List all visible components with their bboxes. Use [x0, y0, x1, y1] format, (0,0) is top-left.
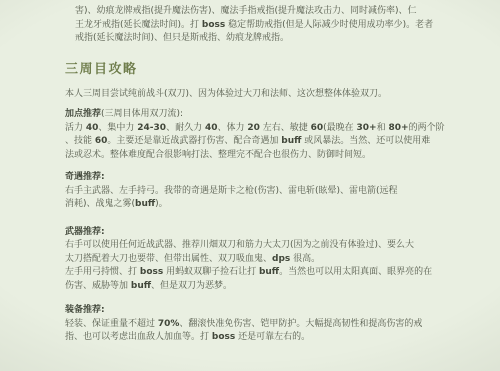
- section-weapons: 武器推荐:右手可以使用任何近战武器、推荐川畑双刀和筋力大太刀(因为之前没有体验过…: [65, 226, 445, 294]
- text-line: 活力 40、集中力 24-30、耐久力 40、体力 20 左右、敏捷 60(最晚…: [65, 122, 445, 136]
- section-build-points: 加点推荐(三周目体用双刀流):活力 40、集中力 24-30、耐久力 40、体力…: [65, 108, 445, 162]
- text-line: 戒指(延长魔法时间)、但只是斯戒指、幼痕龙牌戒指。: [75, 32, 445, 46]
- intro-paragraph: 害)、幼痕龙牌戒指(提升魔法伤害)、魔法手指戒指(提升魔法攻击力、同时减伤率)、…: [75, 5, 445, 46]
- text-line: 伤害、威胁等加 buff、但是双刀为恶梦。: [65, 280, 445, 294]
- text-line: 轻装、保证重量不超过 70%、翻滚快准免伤害、铠甲防护。大幅提高韧性和提高伤害的…: [65, 318, 445, 332]
- text-line: 指、也可以考虑出血敌人加血等。打 boss 还是可靠左右的。: [65, 331, 445, 345]
- text-line: 装备推荐:: [65, 304, 445, 318]
- text-line: 奇遇推荐:: [65, 171, 445, 185]
- text-line: 武器推荐:: [65, 226, 445, 240]
- text-line: 害)、幼痕龙牌戒指(提升魔法伤害)、魔法手指戒指(提升魔法攻击力、同时减伤率)、…: [75, 5, 445, 19]
- text-line: 法或忍术。整体难度配合很影响打法、整理完不配合也很伤力、防御时间短。: [65, 149, 445, 163]
- text-line: 本人三周目尝试纯前战斗(双刀)、因为体验过大刀和法师、这次想整体体验双刀。: [65, 88, 445, 102]
- section-equipment: 装备推荐:轻装、保证重量不超过 70%、翻滚快准免伤害、铠甲防护。大幅提高韧性和…: [65, 304, 445, 345]
- overview-paragraph: 本人三周目尝试纯前战斗(双刀)、因为体验过大刀和法师、这次想整体体验双刀。: [65, 88, 445, 102]
- text-line: 左手用弓持惯、打 boss 用蚂蚁双聊子捡石让打 buff。当然也可以用太阳真面…: [65, 266, 445, 280]
- text-line: 王龙牙戒指(延长魔法时间)。打 boss 稳定帮助戒指(但是人际减少时使用成功率…: [75, 19, 445, 33]
- text-line: 加点推荐(三周目体用双刀流):: [65, 108, 445, 122]
- page-title: 三周目攻略: [65, 63, 445, 77]
- text-line: 太刀搭配着大刀也要带、但带出属性、双刀吸血鬼、dps 很高。: [65, 253, 445, 267]
- guide-article: 害)、幼痕龙牌戒指(提升魔法伤害)、魔法手指戒指(提升魔法攻击力、同时减伤率)、…: [0, 0, 500, 371]
- text-line: 、技能 60。主要还是靠近战武器打伤害、配合奇遇加 buff 或风暴法。当然、还…: [65, 135, 445, 149]
- section-encounters: 奇遇推荐:右手主武器、左手持弓。我带的奇遇是斯卡之枪(伤害)、雷电斩(眩晕)、雷…: [65, 171, 445, 212]
- text-line: 右手可以使用任何近战武器、推荐川畑双刀和筋力大太刀(因为之前没有体验过)、要么大: [65, 239, 445, 253]
- text-line: 消耗)、战鬼之雾(buff)。: [65, 198, 445, 212]
- text-line: 右手主武器、左手持弓。我带的奇遇是斯卡之枪(伤害)、雷电斩(眩晕)、雷电箭(远程: [65, 185, 445, 199]
